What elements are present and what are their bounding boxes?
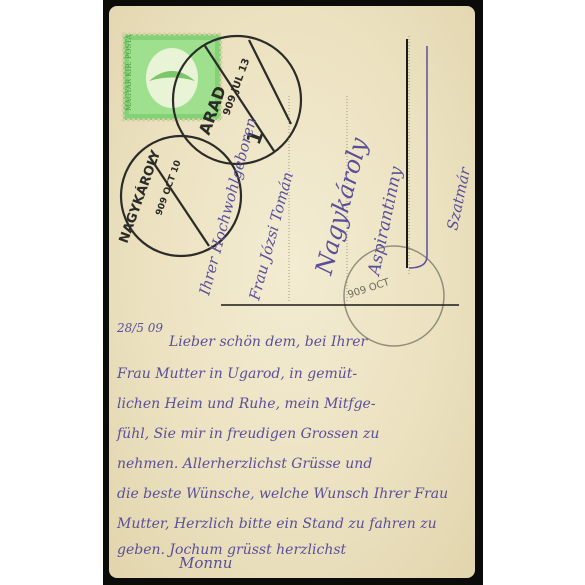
message-line: die beste Wünsche, welche Wunsch Ihrer F… xyxy=(117,486,448,502)
postmark-date-arrival: 909 OCT xyxy=(347,277,392,301)
stamp-label: MAGYAR KIR. POSTA xyxy=(125,33,133,111)
message-line: fühl, Sie mir in freudigen Grossen zu xyxy=(116,426,379,442)
message-line: Lieber schön dem, bei Ihrer xyxy=(168,334,369,350)
message-line: nehmen. Allerherzlichst Grüsse und xyxy=(117,456,372,472)
postcard-artwork: MAGYAR KIR. POSTA ARAD 909 JUL 13 1 NAGY… xyxy=(109,6,475,578)
message-line: Mutter, Herzlich bitte ein Stand zu fahr… xyxy=(116,516,437,532)
message-line: lichen Heim und Ruhe, mein Mitfge- xyxy=(117,396,376,412)
postmark-date-arad: 909 JUL 13 xyxy=(221,57,252,117)
handwritten-message: Lieber schön dem, bei Ihrer Frau Mutter … xyxy=(116,334,448,572)
message-line: Frau Mutter in Ugarod, in gemüt- xyxy=(116,366,357,382)
postmark-town-nagykaroly: NAGYKÁROLY xyxy=(116,148,165,246)
address-line-2: Frau Józsi Tomán xyxy=(245,170,297,303)
message-date: 28/5 09 xyxy=(116,321,163,335)
address-line-5: Szatmár xyxy=(443,165,474,232)
postcard: MAGYAR KIR. POSTA ARAD 909 JUL 13 1 NAGY… xyxy=(109,6,475,578)
message-signature: Monnu xyxy=(178,554,232,572)
ink-flourish xyxy=(409,46,427,268)
address-line-1: Ihrer Hochwohlgeboren xyxy=(195,116,260,298)
address-line-4: Aspirantinny xyxy=(364,165,407,279)
